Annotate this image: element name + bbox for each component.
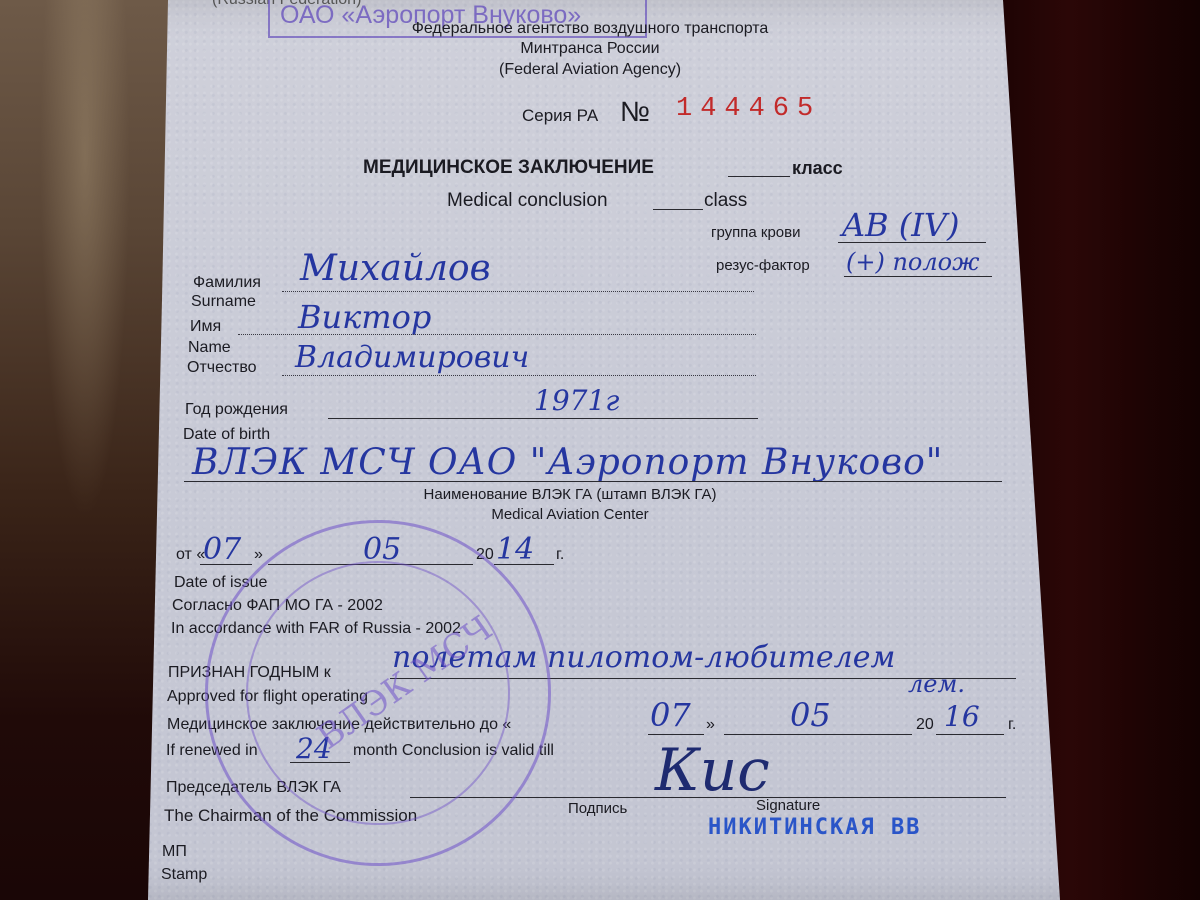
surname-value: Михайлов bbox=[300, 248, 491, 289]
agency-en: (Federal Aviation Agency) bbox=[340, 61, 840, 79]
ministry-ru: Минтранса России bbox=[340, 40, 840, 58]
serial-number: 144465 bbox=[676, 94, 821, 124]
validity-month-line bbox=[724, 734, 912, 735]
rh-value: (+) полож bbox=[846, 248, 979, 276]
issue-sep: » bbox=[254, 546, 263, 564]
issue-g: г. bbox=[556, 546, 564, 564]
surname-line bbox=[282, 291, 754, 292]
blood-group-label: группа крови bbox=[711, 224, 801, 241]
class-line-en bbox=[653, 209, 703, 210]
title-ru: МЕДИЦИНСКОЕ ЗАКЛЮЧЕНИЕ bbox=[363, 157, 654, 179]
issue-prefix: от « bbox=[176, 546, 205, 564]
birth-line bbox=[328, 418, 758, 419]
class-line-ru bbox=[728, 176, 790, 177]
approval-value-line2: лем. bbox=[908, 670, 965, 698]
chairman-name-stamp: НИКИТИНСКАЯ ВВ bbox=[708, 815, 921, 840]
validity-sep: » bbox=[706, 716, 715, 734]
title-en: Medical conclusion bbox=[447, 190, 608, 212]
patronymic-line bbox=[282, 375, 756, 376]
name-value: Виктор bbox=[298, 298, 431, 336]
surname-label-en: Surname bbox=[191, 293, 256, 311]
birth-value: 1971г bbox=[534, 384, 619, 417]
validity-g: г. bbox=[1008, 716, 1016, 734]
center-label-ru: Наименование ВЛЭК ГА (штамп ВЛЭК ГА) bbox=[340, 486, 800, 503]
issue-year-suffix: 14 bbox=[496, 532, 534, 567]
validity-year-line bbox=[936, 734, 1004, 735]
signature-value: Кис bbox=[655, 736, 770, 804]
serial-label: Серия РА bbox=[522, 106, 598, 126]
validity-month: 05 bbox=[790, 696, 831, 734]
issue-day: 07 bbox=[203, 532, 241, 567]
name-label-ru: Имя bbox=[190, 318, 221, 336]
signature-label-ru: Подпись bbox=[568, 800, 627, 817]
agency-ru: Федеральное агентство воздушного транспо… bbox=[340, 20, 840, 38]
patronymic-value: Владимирович bbox=[295, 340, 529, 375]
title-en-class: class bbox=[704, 190, 747, 212]
validity-year-suffix: 16 bbox=[944, 700, 980, 733]
rh-label: резус-фактор bbox=[716, 257, 810, 274]
blood-group-line bbox=[838, 242, 986, 243]
surname-label-ru: Фамилия bbox=[193, 274, 261, 292]
validity-day-line bbox=[648, 734, 704, 735]
round-stamp-text: ВЛЭК МСЧ bbox=[310, 608, 500, 758]
blood-group-value: AB (IV) bbox=[842, 206, 960, 244]
signature-label-en: Signature bbox=[756, 797, 820, 814]
name-line bbox=[238, 334, 756, 335]
center-label-en: Medical Aviation Center bbox=[340, 506, 800, 523]
patronymic-label-ru: Отчество bbox=[187, 359, 257, 377]
center-value: ВЛЭК МСЧ ОАО "Аэропорт Внуково" bbox=[192, 442, 943, 483]
title-ru-class: класс bbox=[792, 158, 843, 179]
round-stamp: ВЛЭК МСЧ bbox=[205, 520, 551, 866]
validity-day: 07 bbox=[650, 696, 691, 734]
mp-en: Stamp bbox=[161, 866, 207, 884]
name-label-en: Name bbox=[188, 339, 231, 357]
birth-label-ru: Год рождения bbox=[185, 401, 288, 419]
issue-year-line bbox=[494, 564, 554, 565]
issue-day-line bbox=[200, 564, 252, 565]
number-sign: № bbox=[620, 96, 650, 128]
mp-ru: МП bbox=[162, 843, 187, 861]
validity-year-prefix: 20 bbox=[916, 716, 934, 734]
rh-line bbox=[844, 276, 992, 277]
center-line bbox=[184, 481, 1002, 482]
